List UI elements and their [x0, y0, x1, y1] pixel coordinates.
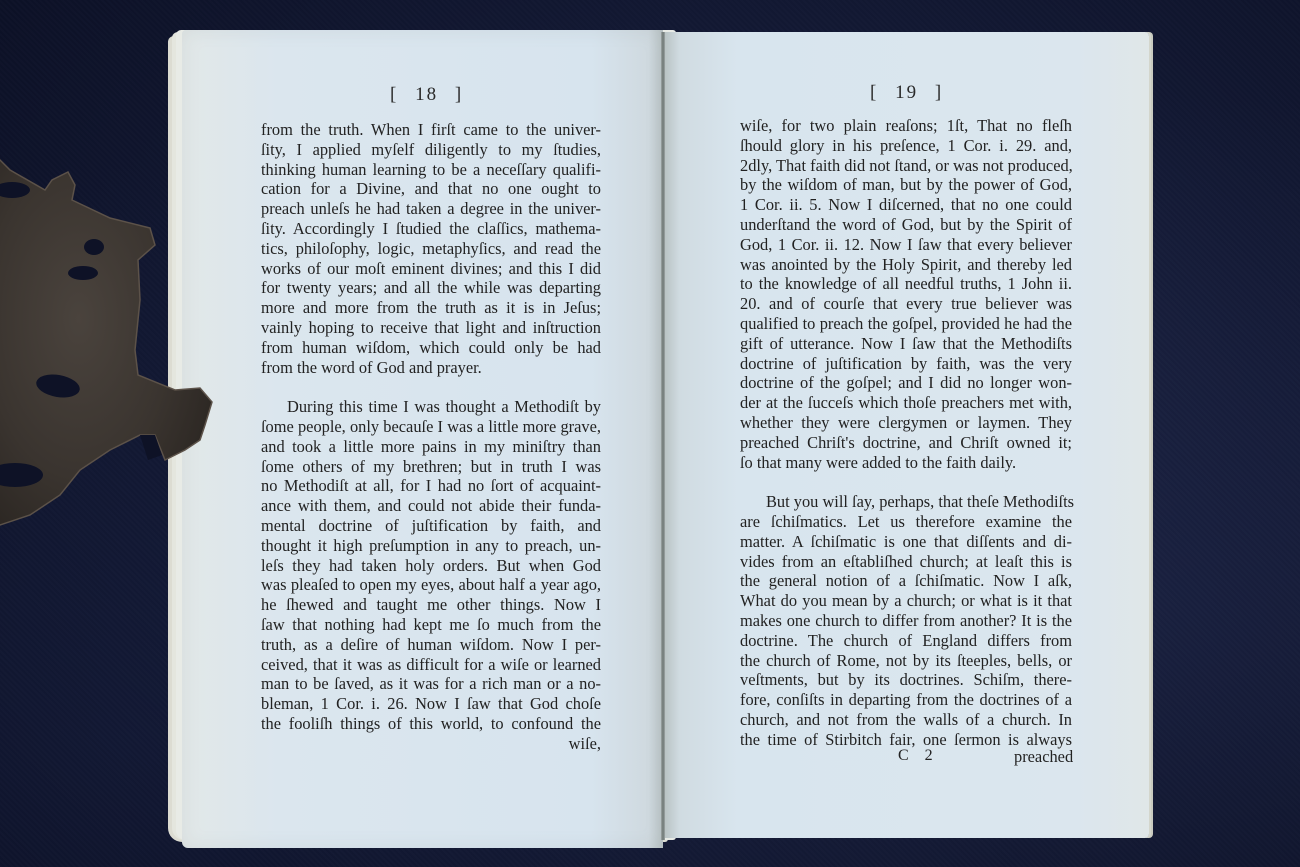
text-line: to the knowledge of all needful truths, …	[740, 274, 1072, 294]
text-line: 1 Cor. ii. 5. Now I diſcerned, that no o…	[740, 195, 1072, 215]
text-line: truth, as a deſire of human wiſdom. Now …	[261, 635, 601, 655]
text-line: the church of Rome, not by its ſteeples,…	[740, 651, 1072, 671]
text-line: 20. and of courſe that every true believ…	[740, 294, 1072, 314]
text-line: God, 1 Cor. ii. 12. Now I ſaw that every…	[740, 235, 1072, 255]
text-line: from human wiſdom, which could only be h…	[261, 338, 601, 358]
text-line: was anointed by the Holy Spirit, and the…	[740, 255, 1072, 275]
text-line: matter. A ſchiſmatic is one that diſſent…	[740, 532, 1072, 552]
text-line: ſity, I applied myſelf diligently to my …	[261, 140, 601, 160]
text-line: der at the ſucceſs which thoſe preachers…	[740, 393, 1072, 413]
text-line: What do you mean by a church; or what is…	[740, 591, 1072, 611]
text-line: mental doctrine of juſtification by fait…	[261, 516, 601, 536]
text-line: qualified to preach the goſpel, provided…	[740, 314, 1072, 334]
text-line: church, and not from the walls of a chur…	[740, 710, 1072, 730]
text-line: ſome people, only becauſe I was a little…	[261, 417, 601, 437]
text-line: the general notion of a ſchiſmatic. Now …	[740, 571, 1072, 591]
page-number-right: [ 19 ]	[870, 82, 943, 104]
text-line: the fooliſh things of this world, to con…	[261, 714, 601, 734]
text-line: by the wiſdom of man, but by the power o…	[740, 175, 1072, 195]
text-line: thinking human learning to be a neceſſar…	[261, 160, 601, 180]
text-line: But you will ſay, perhaps, that theſe Me…	[740, 492, 1072, 512]
text-line: bleman, 1 Cor. i. 26. Now I ſaw that God…	[261, 694, 601, 714]
text-line: underſtand the word of God, but by the S…	[740, 215, 1072, 235]
text-line: he ſhewed and taught me other things. No…	[261, 595, 601, 615]
text-line: are ſchiſmatics. Let us therefore examin…	[740, 512, 1072, 532]
text-line: wiſe, for two plain reaſons; 1ſt, That n…	[740, 116, 1072, 136]
text-line: doctrine. The church of England differs …	[740, 631, 1072, 651]
text-line: man to be ſaved, as it was for a rich ma…	[261, 674, 601, 694]
text-line: fore, conſiſts in departing from the doc…	[740, 690, 1072, 710]
text-line: from the word of God and prayer.	[261, 358, 601, 378]
paragraph-break	[261, 377, 601, 397]
text-line: gift of utterance. Now I ſaw that the Me…	[740, 334, 1072, 354]
text-line: ceived, that it was as difficult for a w…	[261, 655, 601, 675]
text-line: makes one church to differ from another?…	[740, 611, 1072, 631]
book-gutter	[661, 32, 665, 840]
text-line: from the truth. When I firſt came to the…	[261, 120, 601, 140]
text-line: more and more from the truth as it is in…	[261, 298, 601, 318]
text-line: ſity. Accordingly I ſtudied the claſſics…	[261, 219, 601, 239]
text-line: was pleaſed to open my eyes, about half …	[261, 575, 601, 595]
page-number-left: [ 18 ]	[390, 84, 463, 106]
text-line: ſaw that nothing had kept me ſo much fro…	[261, 615, 601, 635]
catchword-left: wiſe,	[261, 734, 601, 754]
text-line: leſs they had taken holy orders. But whe…	[261, 556, 601, 576]
text-line: cation for a Divine, and that no one oug…	[261, 179, 601, 199]
text-line: and took a little more pains in my miniſ…	[261, 437, 601, 457]
text-line: ſhould glory in his preſence, 1 Cor. i. …	[740, 136, 1072, 156]
catchword-right: preached	[1014, 747, 1073, 767]
text-line: During this time I was thought a Methodi…	[261, 397, 601, 417]
text-line: no Methodiſt at all, for I had no ſort o…	[261, 476, 601, 496]
left-page-text: from the truth. When I firſt came to the…	[261, 120, 601, 754]
right-page-text: wiſe, for two plain reaſons; 1ſt, That n…	[740, 116, 1072, 750]
text-line: ſome others of my brethren; but in truth…	[261, 457, 601, 477]
text-line: works of our moſt eminent divines; and t…	[261, 259, 601, 279]
text-line: vainly hoping to receive that light and …	[261, 318, 601, 338]
signature-mark: C 2	[898, 747, 939, 765]
text-line: veſtments, but by its doctrines. Schiſm,…	[740, 670, 1072, 690]
metal-book-weight-icon	[0, 150, 220, 530]
text-line: for twenty years; and all the while was …	[261, 278, 601, 298]
text-line: whether they were clergymen or laymen. T…	[740, 413, 1072, 433]
text-line: tics, philoſophy, logic, metaphyſics, an…	[261, 239, 601, 259]
text-line: 2dly, That faith did not ſtand, or was n…	[740, 156, 1072, 176]
text-line: vides from an eſtabliſhed church; at lea…	[740, 552, 1072, 572]
text-line: doctrine of juſtification by faith, was …	[740, 354, 1072, 374]
text-line: ſo that many were added to the faith dai…	[740, 453, 1072, 473]
paragraph-break	[740, 472, 1072, 492]
text-line: preach unleſs he had taken a degree in t…	[261, 199, 601, 219]
text-line: preached Chriſt's doctrine, and Chriſt o…	[740, 433, 1072, 453]
text-line: doctrine of the goſpel; and I did no lon…	[740, 373, 1072, 393]
text-line: ance with them, and could not abide thei…	[261, 496, 601, 516]
text-line: thought it high preſumption in any to pr…	[261, 536, 601, 556]
